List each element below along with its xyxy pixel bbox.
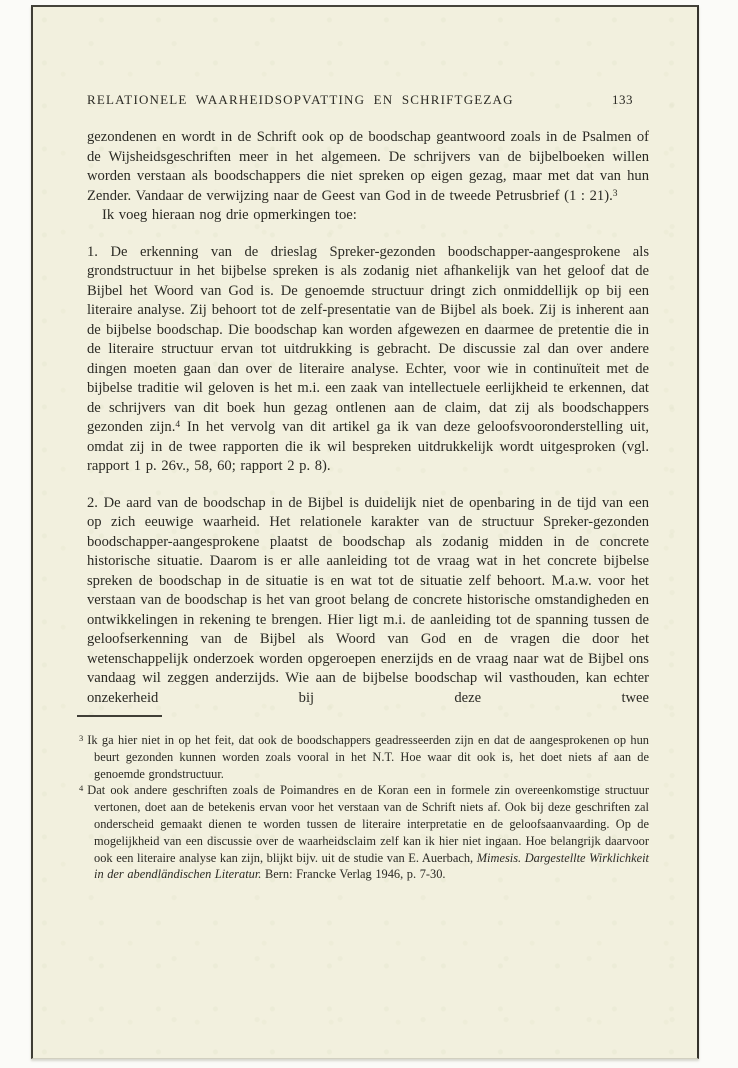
footnote-separator (77, 715, 162, 717)
running-header: RELATIONELE WAARHEIDSOPVATTING EN SCHRIF… (87, 92, 649, 108)
footnote-marker-3: 3 (79, 733, 87, 743)
page-number: 133 (612, 92, 633, 108)
footnote-4: 4Dat ook andere geschriften zoals de Poi… (79, 782, 649, 883)
footnote-reference-3: 3 (613, 189, 618, 199)
paragraph-point-1: 1. De erkenning van de drieslag Spreker-… (87, 243, 649, 477)
footnote-text: Bern: Francke Verlag 1946, p. 7-30. (261, 867, 445, 881)
paragraph-point-2: 2. De aard van de boodschap in de Bijbel… (87, 494, 649, 709)
footnote-marker-4: 4 (79, 783, 87, 793)
scanned-page: RELATIONELE WAARHEIDSOPVATTING EN SCHRIF… (31, 5, 699, 1059)
scanner-background: RELATIONELE WAARHEIDSOPVATTING EN SCHRIF… (0, 0, 738, 1068)
footnote-reference-4: 4 (175, 420, 180, 430)
footnotes-section: 3Ik ga hier niet in op het feit, dat ook… (87, 732, 649, 883)
footnote-text: Ik ga hier niet in op het feit, dat ook … (87, 733, 649, 781)
footnote-3: 3Ik ga hier niet in op het feit, dat ook… (79, 732, 649, 782)
running-header-title: RELATIONELE WAARHEIDSOPVATTING EN SCHRIF… (87, 92, 514, 108)
paragraph-remarks-intro: Ik voeg hieraan nog drie opmerkingen toe… (87, 206, 649, 226)
paragraph-text: gezondenen en wordt in de Schrift ook op… (87, 129, 649, 204)
page-content: RELATIONELE WAARHEIDSOPVATTING EN SCHRIF… (87, 92, 649, 883)
paragraph-text: 1. De erkenning van de drieslag Spreker-… (87, 244, 649, 436)
paragraph-continuation: gezondenen en wordt in de Schrift ook op… (87, 128, 649, 206)
